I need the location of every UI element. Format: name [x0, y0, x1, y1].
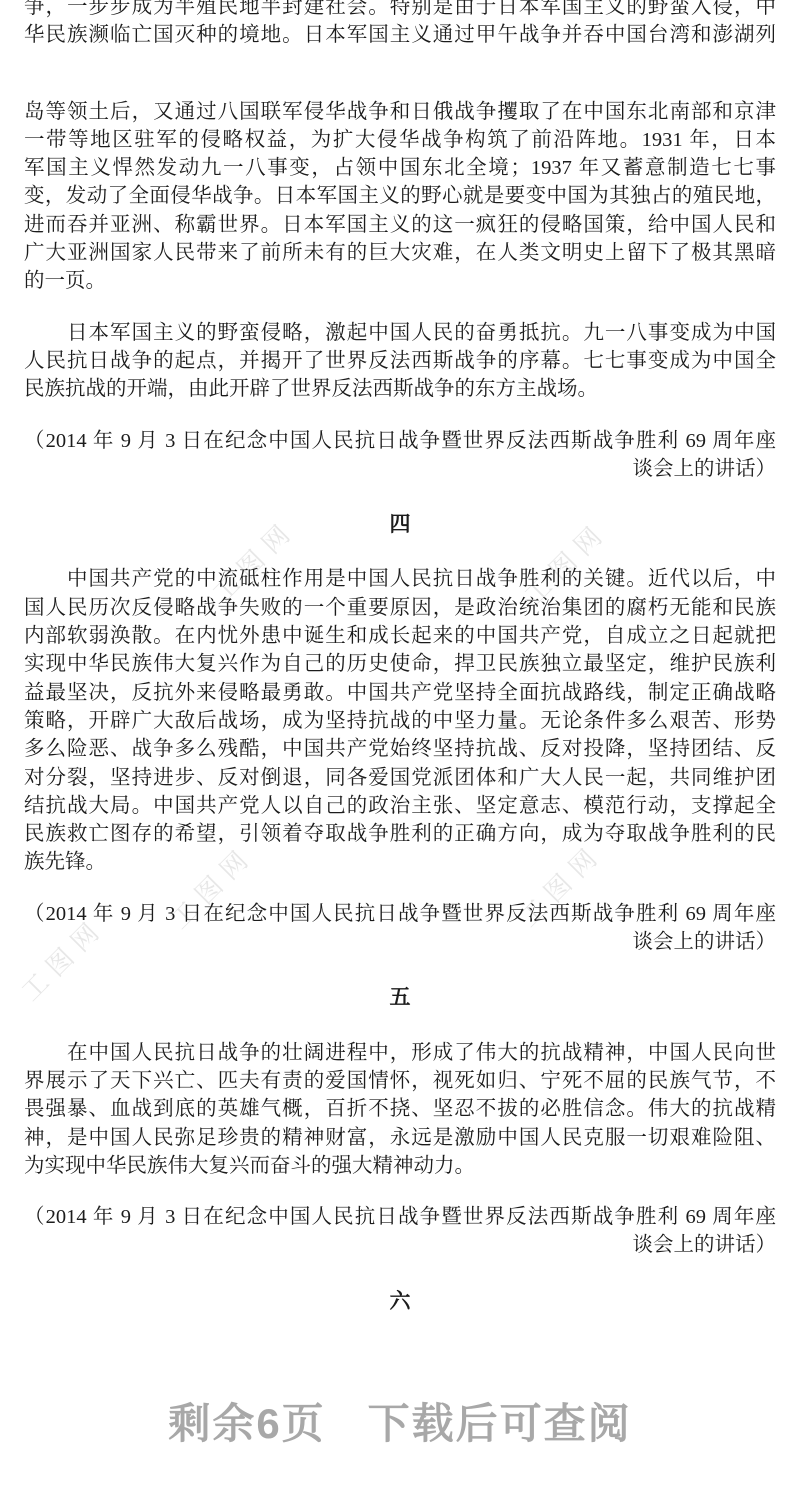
attribution-line: （2014 年 9 月 3 日在纪念中国人民抗日战争暨世界反法西斯战争胜利 69… [24, 900, 776, 928]
banner-remaining-pages-text: 剩余6页 [168, 1395, 325, 1453]
text-line: 在中国人民抗日战争的壮阔进程中，形成了伟大的抗战精神，中国人民向世 [24, 1039, 776, 1067]
paragraph: 中国共产党的中流砥柱作用是中国人民抗日战争胜利的关键。近代以后，中国人民历次反侵… [24, 565, 776, 876]
attribution-line: （2014 年 9 月 3 日在纪念中国人民抗日战争暨世界反法西斯战争胜利 69… [24, 427, 776, 455]
document-page: 工图网工图网工图网工图网工图网 争，一步步成为半殖民地半封建社会。特别是由于日本… [0, 0, 800, 1505]
text-line: 神，是中国人民弥足珍贵的精神财富，永远是激励中国人民克服一切艰难险阻、 [24, 1124, 776, 1152]
text-line: 一带等地区驻军的侵略权益，为扩大侵华战争构筑了前沿阵地。1931 年，日本 [24, 126, 776, 154]
attribution-line: 谈会上的讲话） [24, 455, 776, 483]
text-line: 为实现中华民族伟大复兴而奋斗的强大精神动力。 [24, 1152, 776, 1180]
speech-attribution: （2014 年 9 月 3 日在纪念中国人民抗日战争暨世界反法西斯战争胜利 69… [24, 427, 776, 484]
text-line: 国人民历次反侵略战争失败的一个重要原因，是政治统治集团的腐朽无能和民族 [24, 594, 776, 622]
text-line: 益最坚决，反抗外来侵略最勇敢。中国共产党坚持全面抗战路线，制定正确战略 [24, 679, 776, 707]
text-line: 军国主义悍然发动九一八事变，占领中国东北全境；1937 年又蓄意制造七七事 [24, 154, 776, 182]
text-line: 族先锋。 [24, 848, 776, 876]
paragraph: 岛等领土后，又通过八国联军侵华战争和日俄战争攫取了在中国东北南部和京津一带等地区… [24, 98, 776, 296]
text-line: 中国共产党的中流砥柱作用是中国人民抗日战争胜利的关键。近代以后，中 [24, 565, 776, 593]
paragraph: 在中国人民抗日战争的壮阔进程中，形成了伟大的抗战精神，中国人民向世界展示了天下兴… [24, 1039, 776, 1180]
text-line: 的一页。 [24, 267, 776, 295]
speech-attribution: （2014 年 9 月 3 日在纪念中国人民抗日战争暨世界反法西斯战争胜利 69… [24, 1203, 776, 1260]
text-line: 实现中华民族伟大复兴作为自己的历史使命，捍卫民族独立最坚定，维护民族利 [24, 650, 776, 678]
banner-download-hint-text: 下载后可查阅 [368, 1395, 632, 1453]
remaining-pages-banner: 剩余6页下载后可查阅 [24, 1395, 776, 1453]
text-line: 广大亚洲国家人民带来了前所未有的巨大灾难，在人类文明史上留下了极其黑暗 [24, 239, 776, 267]
attribution-line: （2014 年 9 月 3 日在纪念中国人民抗日战争暨世界反法西斯战争胜利 69… [24, 1203, 776, 1231]
attribution-line: 谈会上的讲话） [24, 928, 776, 956]
text-line: 内部软弱涣散。在内忧外患中诞生和成长起来的中国共产党，自成立之日起就把 [24, 622, 776, 650]
text-line: 对分裂，坚持进步、反对倒退，同各爱国党派团体和广大人民一起，共同维护团 [24, 764, 776, 792]
previous-page-fragment: 争，一步步成为半殖民地半封建社会。特别是由于日本军国主义的野蛮入侵，中华民族濒临… [24, 0, 776, 50]
text-line: 日本军国主义的野蛮侵略，激起中国人民的奋勇抵抗。九一八事变成为中国 [24, 319, 776, 347]
text-line: 策略，开辟广大敌后战场，成为坚持抗战的中坚力量。无论条件多么艰苦、形势 [24, 707, 776, 735]
text-line: 人民抗日战争的起点，并揭开了世界反法西斯战争的序幕。七七事变成为中国全 [24, 347, 776, 375]
speech-attribution: （2014 年 9 月 3 日在纪念中国人民抗日战争暨世界反法西斯战争胜利 69… [24, 900, 776, 957]
text-line: 畏强暴、血战到底的英雄气概，百折不挠、坚忍不拔的必胜信念。伟大的抗战精 [24, 1095, 776, 1123]
text-line: 进而吞并亚洲、称霸世界。日本军国主义的这一疯狂的侵略国策，给中国人民和 [24, 211, 776, 239]
attribution-line: 谈会上的讲话） [24, 1231, 776, 1259]
document-content: 争，一步步成为半殖民地半封建社会。特别是由于日本军国主义的野蛮入侵，中华民族濒临… [0, 0, 800, 1453]
text-line: 民族救亡图存的希望，引领着夺取战争胜利的正确方向，成为夺取战争胜利的民 [24, 820, 776, 848]
text-line: 岛等领土后，又通过八国联军侵华战争和日俄战争攫取了在中国东北南部和京津 [24, 98, 776, 126]
text-line: 界展示了天下兴亡、匹夫有责的爱国情怀，视死如归、宁死不屈的民族气节，不 [24, 1067, 776, 1095]
text-line: 民族抗战的开端，由此开辟了世界反法西斯战争的东方主战场。 [24, 375, 776, 403]
text-line: 结抗战大局。中国共产党人以自己的政治主张、坚定意志、模范行动，支撑起全 [24, 792, 776, 820]
paragraph: 日本军国主义的野蛮侵略，激起中国人民的奋勇抵抗。九一八事变成为中国人民抗日战争的… [24, 319, 776, 404]
section-heading: 四 [24, 510, 776, 538]
text-line: 多么险恶、战争多么残酷，中国共产党始终坚持抗战、反对投降，坚持团结、反 [24, 735, 776, 763]
section-heading: 六 [24, 1287, 776, 1315]
clipped-text-line: 争，一步步成为半殖民地半封建社会。特别是由于日本军国主义的野蛮入侵，中 [24, 0, 776, 21]
text-line: 华民族濒临亡国灭种的境地。日本军国主义通过甲午战争并吞中国台湾和澎湖列 [24, 21, 776, 49]
text-line: 变，发动了全面侵华战争。日本军国主义的野心就是要变中国为其独占的殖民地， [24, 182, 776, 210]
section-heading: 五 [24, 983, 776, 1011]
